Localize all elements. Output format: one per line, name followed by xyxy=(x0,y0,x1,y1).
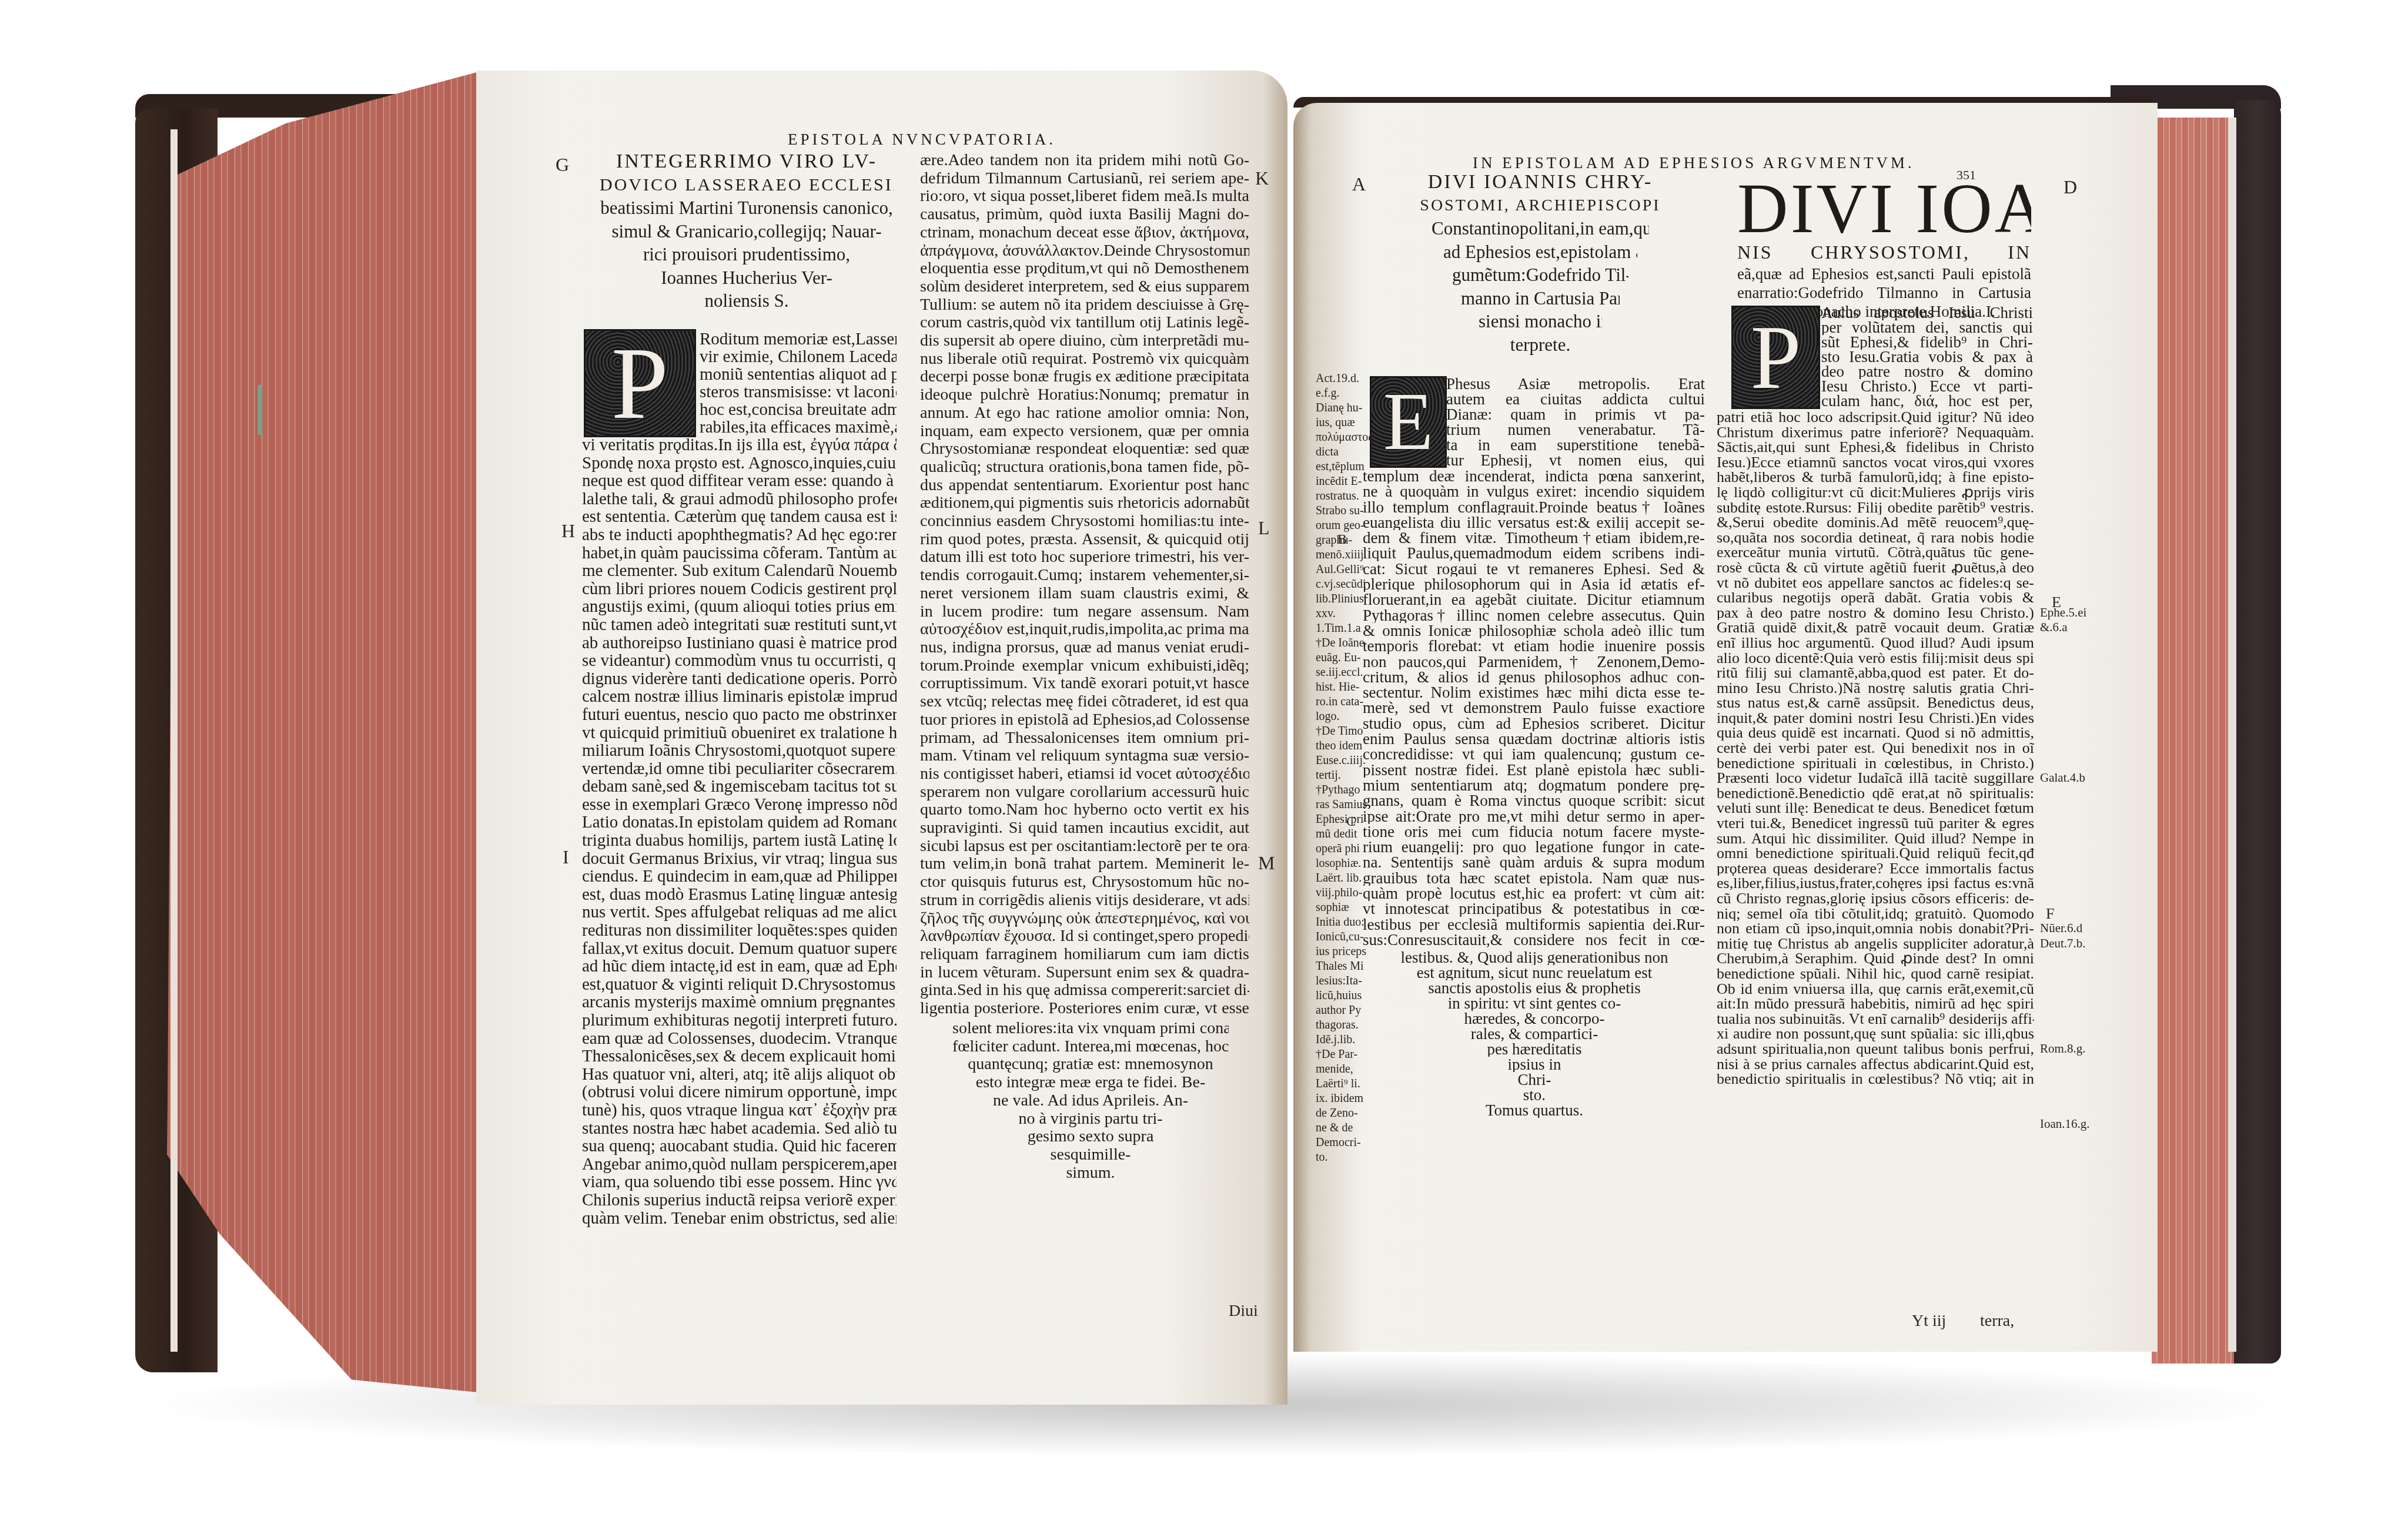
text-line: Spondę noxa prǫsto est. Agnosco,inquies,… xyxy=(582,454,897,473)
margin-note: euãg. Eu- xyxy=(1316,651,1363,665)
text-line: templum deæ incenderat, indicta pœna san… xyxy=(1363,468,1705,484)
margin-note: Ionicũ,cu- xyxy=(1316,930,1363,944)
text-line: miliarum Ioãnis Chrysostomi,quotquot sup… xyxy=(582,742,897,760)
homily-title-big: DIVI IOAN- xyxy=(1737,176,2031,241)
text-line: esse in exemplari Græco Veronę impresso … xyxy=(582,796,897,814)
text-line: rim quod potes, præsta. Assensit, & quic… xyxy=(920,531,1249,549)
margin-note: sophiæ xyxy=(1316,900,1363,915)
text-line: sex vtcũq; relectas meę fidei cõtraderet… xyxy=(920,693,1249,711)
signature-mark: Yt iij xyxy=(1912,1312,1946,1331)
margin-note: c.vj.secũdi xyxy=(1316,577,1363,592)
left-column-2-body: ære.Adeo tandem non ita pridem mihi notũ… xyxy=(920,152,1249,1018)
heading-line: INTEGERRIMO VIRO LV- xyxy=(600,150,894,173)
margin-note: Nũer.6.d xyxy=(2040,921,2082,936)
margin-note: πολύμαστος xyxy=(1316,430,1363,445)
text-line: no à virginis partu tri- xyxy=(952,1110,1229,1128)
text-line: cũ Christo regnas,glorię ipsius cõsors e… xyxy=(1717,891,2034,906)
text-line: temporis florebat: vt etiam hodie inueni… xyxy=(1363,638,1705,654)
text-line: vt innotescat principatibus & potestatib… xyxy=(1363,901,1705,916)
text-line: gesimo sexto supra xyxy=(952,1128,1229,1146)
margin-letter-d: D xyxy=(2063,176,2077,198)
margin-note: Ioan.16.g. xyxy=(2040,1117,2090,1131)
heading-line: gumẽtum:Godefrido Til- xyxy=(1452,263,1628,287)
left-column-2-closing: solent meliores:ita vix vnquam primi con… xyxy=(952,1020,1229,1182)
right-catchword: terra, xyxy=(1980,1312,2014,1331)
margin-note: tertij. xyxy=(1316,768,1363,783)
text-line: rosè cũcta & cũ virtute agẽtiũ fuerit ꝓu… xyxy=(1717,560,2034,575)
text-line: lę liqdò colligitur:vt cũ dicit:Mulieres… xyxy=(1717,485,2034,500)
text-line: es,liber,filius,iustus,frater,cohęres ip… xyxy=(1717,876,2034,891)
text-line: tum velim,in bonã trahat partem. Meminer… xyxy=(920,855,1249,873)
text-line: tualia nos subinuitãs. Vt enĩ carnalib⁹ … xyxy=(1717,1011,2034,1027)
text-line: &,Serui obedite dominis.Ad mẽtẽ reuocem⁹… xyxy=(1717,515,2034,530)
heading-line: manno in Cartusia Pari- xyxy=(1461,287,1620,310)
text-line: hæredes, & concorpo- xyxy=(1376,1011,1693,1026)
text-line: patri etiã hoc loco adscripsit.Quid igit… xyxy=(1717,410,2034,425)
text-line: est,quatuor & viginti reliquit D.Chrysos… xyxy=(582,976,897,994)
margin-note: est,tẽplum xyxy=(1316,460,1363,474)
text-line: studio opus, cùm ad Ephesios scriberet. … xyxy=(1363,716,1705,731)
text-line: æditionem,qui pigmentis suis rhetoricis … xyxy=(920,494,1249,512)
dedication-heading: INTEGERRIMO VIRO LV- DOVICO LASSERAEO EC… xyxy=(600,150,894,313)
text-line: ἀπράγμονα, ἀσυνάλλακτον.Deinde Chrysosto… xyxy=(920,242,1249,260)
heading-line: DOVICO LASSERAEO ECCLESIAE xyxy=(600,173,894,197)
text-line: fallax,vt exitus docuit. Demum quatuor s… xyxy=(582,940,897,958)
text-line: veluti sunt illę: Benedicat te deus. Ben… xyxy=(1717,800,2034,816)
margin-letter-m: M xyxy=(1258,852,1275,874)
text-line: annum. At ego hac ratione amolior omnia:… xyxy=(920,404,1249,423)
text-line: ritũ filij sui clamantẽ,abba,quod est pa… xyxy=(1717,665,2034,681)
heading-line: siensi monacho in- xyxy=(1479,310,1602,333)
margin-note: se.iij.eccl. xyxy=(1316,665,1363,680)
text-line: futuri euentus, nescio quo pacto me obst… xyxy=(582,706,897,724)
margin-letter-b: B xyxy=(1337,532,1347,548)
text-line: viam, qua soluendo tibi esse possem. Hin… xyxy=(582,1173,897,1191)
text-line: in spiritu: vt sint gentes co- xyxy=(1376,996,1693,1011)
text-line: sicubi lapsus est per oscitantiam:lector… xyxy=(920,837,1249,856)
text-line: quàm propè locutus est,hic ea profert: v… xyxy=(1363,886,1705,901)
text-line: hoc est,concisa breuitate admi- xyxy=(700,401,897,418)
text-line: dus appendat sententiarum. Exorientur po… xyxy=(920,477,1249,495)
text-line: (obtrusi volui dicere nimirum opportunè,… xyxy=(582,1083,897,1101)
text-line: fœliciter cadunt. Interea,mi mœcenas, ho… xyxy=(952,1038,1229,1056)
text-line: me clementer. Sub exitum Calendarũ Nouem… xyxy=(582,562,897,580)
heading-line: DIVI IOANNIS CHRY- xyxy=(1387,170,1693,194)
green-ribbon-marker xyxy=(257,385,262,435)
text-line: sto. xyxy=(1376,1087,1693,1103)
text-line: Chrysostomianæ respondeat eloquentiæ: se… xyxy=(920,440,1249,458)
margin-note: Idẽ.j.lib. xyxy=(1316,1033,1363,1047)
text-line: Latio donatas.In epistolam quidem ad Rom… xyxy=(582,813,897,832)
text-line: moniũ sententias aliquot ad po- xyxy=(700,366,897,383)
text-line: pes hæreditatis xyxy=(1376,1041,1693,1057)
text-line: exerceãtur munia virtutũ. Cõtrà,quãtus t… xyxy=(1717,545,2034,560)
text-line: Pythagoras† illinc nomen celebre assecut… xyxy=(1363,608,1705,623)
text-line: quàm velim. Tenebar enim obstrictus, sed… xyxy=(582,1210,897,1228)
text-line: Angebar animo,quòd nullam perspicerem,ap… xyxy=(582,1155,897,1174)
text-line: vertendæ,id omne tibi peculiariter cõsec… xyxy=(582,760,897,778)
text-line: merè, sed vt demonstrem Paulo fuisse exa… xyxy=(1363,700,1705,715)
text-line: in lucem vẽturam. Supersunt enim sex & q… xyxy=(920,964,1249,982)
margin-note: menide, xyxy=(1316,1062,1363,1077)
text-line: nũc tamen adeò integritati suæ restituti… xyxy=(582,616,897,634)
margin-note: incẽdit E- xyxy=(1316,474,1363,489)
text-line: Iesu.)Ecce etiamnũ sanctos vocat viros,q… xyxy=(1717,455,2034,470)
text-line: strum in corrigẽdis alienis vitijs desid… xyxy=(920,892,1249,910)
text-line: so,quãta nos socordia detineat, q̃ rara … xyxy=(1717,530,2034,545)
text-line: ad hũc diem intactę,id est in eam, quæ a… xyxy=(582,957,897,976)
text-line: gnans, quam è Roma vinctus quoque scribi… xyxy=(1363,793,1705,808)
margin-note: licũ,huius xyxy=(1316,989,1363,1003)
margin-note: lesius:Ita- xyxy=(1316,974,1363,989)
heading-line: terprete. xyxy=(1505,333,1576,357)
margin-letter-f: F xyxy=(2046,905,2054,923)
text-line: dis supersit ab opere diuino, cùm interp… xyxy=(920,332,1249,350)
text-line: liquit Paulus,quemadmodum eidem scribens… xyxy=(1363,545,1705,561)
text-line: sperarem non vulgare corollarium accessu… xyxy=(920,783,1249,802)
text-line: Præsenti loco videtur Iudaĩcã illã tacit… xyxy=(1717,770,2034,786)
text-line: pax à deo patre nostro & domino Iesu Chr… xyxy=(1717,605,2034,621)
text-line: euangelista diu illic versatus est:& exi… xyxy=(1363,515,1705,530)
decorated-initial-p: P xyxy=(584,329,696,437)
text-line: sus:Conresuscitauit,& considere nos feci… xyxy=(1363,932,1705,947)
text-line: Thessalonicẽses,sex & decem explicauit h… xyxy=(582,1047,897,1066)
text-line: vir eximie, Chilonem Lacedæ- xyxy=(700,348,897,366)
margin-note: menõ.xiiij. xyxy=(1316,548,1363,562)
text-line: lestibus per ecclesiã multiformis sapien… xyxy=(1363,917,1705,932)
text-line: nus, indigna prorsus, quæ ad manus venia… xyxy=(920,639,1249,657)
heading-line: eã,quæ ad Ephesios est,sancti Pauli epis… xyxy=(1737,264,2031,283)
text-line: mino Iesu Christo.)Nã nostrę salutis gra… xyxy=(1717,681,2034,696)
left-column-1-body: vi veritatis prǫditas.In ijs illa est, ἐ… xyxy=(582,436,897,1227)
text-line: se videantur) commodùm vnus tu occurrist… xyxy=(582,652,897,670)
text-line: ginta.Sed in his quę admissa compererit:… xyxy=(920,981,1249,1000)
text-line: tione oris mei cum fiducia notum facere … xyxy=(1363,824,1705,839)
text-line: niq; semel oĩa tibi cõtulit,idq; gratuit… xyxy=(1717,906,2034,922)
text-line: sanctis apostolis eius & prophetis xyxy=(1376,980,1693,996)
text-line: Chri- xyxy=(1376,1072,1693,1087)
text-line: rium euangelij: pro quo legatione fungor… xyxy=(1363,839,1705,855)
text-line: per volũtatem dei, sanctis qui xyxy=(1821,320,2033,335)
text-line: torum.Proinde exemplar vnicum exhibuisti… xyxy=(920,657,1249,675)
text-line: nus vertit. Spes affulgebat reliquas ad … xyxy=(582,903,897,922)
initial-text-block: Roditum memoriæ est,Lasseræe vir eximie,… xyxy=(700,330,897,436)
text-line: cùm libri priores nouem Codicis gestiren… xyxy=(582,580,897,598)
text-line: Aulus apostolus Iesu Christi xyxy=(1821,306,2033,320)
text-line: Gratiã quidẽ dixit,& patrẽ vocauit deum.… xyxy=(1717,620,2034,635)
text-line: omni benedictione spirituali.Quid reliqu… xyxy=(1717,846,2034,861)
text-line: ctrinam, monachum deceat esse ἄβιον, ἀκτ… xyxy=(920,224,1249,242)
text-line: stus natus est,& carnẽ assũpsit. Benedic… xyxy=(1717,695,2034,711)
text-line: supraviginti. Si quid tamen incautius ex… xyxy=(920,819,1249,837)
margin-letter-i: I xyxy=(563,846,569,868)
text-line: vt quicquid primitiuũ obueniret ex trala… xyxy=(582,724,897,742)
margin-note: e.f.g. xyxy=(1316,386,1363,401)
margin-note: author Py xyxy=(1316,1003,1363,1018)
margin-note: †De Ioãne xyxy=(1316,636,1363,651)
text-line: neque est quod diffitear veram esse: qua… xyxy=(582,472,897,490)
text-line: sũt Ephesi,& fidelib⁹ in Chri- xyxy=(1821,335,2033,350)
text-line: subditę estote.Rursus: Filij obedite par… xyxy=(1717,500,2034,515)
right-running-head: IN EPISTOLAM AD EPHESIOS ARGVMENTVM. xyxy=(1473,154,1915,172)
heading-line: Constantinopolitani,in eam,quę xyxy=(1432,217,1649,240)
text-line: Sãctis,ait,qui sunt Ephesi,& fidelibus i… xyxy=(1717,440,2034,455)
text-line: Dianæ: quam in primis vt pa- xyxy=(1446,407,1705,422)
text-line: floruerant,in ea agebãt ciuitate. Dicitu… xyxy=(1363,592,1705,607)
text-line: ære.Adeo tandem non ita pridem mihi notũ… xyxy=(920,152,1249,170)
text-line: in lucem prodire: tum negare assensum. N… xyxy=(920,603,1249,621)
text-line: na. Sententijs sanè quàm arduis & supra … xyxy=(1363,855,1705,870)
text-line: Roditum memoriæ est,Lasseræe xyxy=(700,330,897,348)
text-line: Iesu Christo.) Ecce vt parti- xyxy=(1821,379,2033,394)
margin-note: xxv. xyxy=(1316,607,1363,621)
text-line: Has quatuor vni, alteri, atq; itẽ alijs … xyxy=(582,1066,897,1084)
margin-note: Ephe.5.ei xyxy=(2040,605,2086,620)
text-line: rio:oro, vt siqua posset,liberet fidem m… xyxy=(920,187,1249,206)
right-column-1-body: templum deæ incenderat, indicta pœna san… xyxy=(1363,468,1705,947)
margin-note: Thales Mi xyxy=(1316,959,1363,974)
decorated-initial-p2: P xyxy=(1731,306,1820,409)
text-line: corum castris,quòd vix tantillum otij La… xyxy=(920,314,1249,332)
margin-note: dicta xyxy=(1316,445,1363,460)
margin-note: Laërt. lib. xyxy=(1316,871,1363,886)
text-line: calcem nostræ illius liminaris epistolæ … xyxy=(582,688,897,706)
heading-line: NIS CHRYSOSTOMI, IN xyxy=(1737,241,2031,264)
text-line: mitię tuę Christus ab angelis supplicite… xyxy=(1717,936,2034,952)
margin-letter-l: L xyxy=(1258,517,1270,539)
text-line: grauibus tota hæc scatet epistola. Nam q… xyxy=(1363,870,1705,886)
margin-note: †De Par- xyxy=(1316,1047,1363,1062)
text-line: inquit,& pater domini nostri Iesu Christ… xyxy=(1717,711,2034,726)
margin-note: losophiæ. xyxy=(1316,856,1363,871)
text-line: ζῆλος τῆς συγγνώμης οὐκ ἀπεστερημένος, κ… xyxy=(920,910,1249,928)
text-line: pissent nostræ fidei. Est planè epistola… xyxy=(1363,762,1705,778)
text-line: lalethe tali, & graui admodũ philosopho … xyxy=(582,490,897,508)
text-line: plurimum exhibituras negotij interpreti … xyxy=(582,1011,897,1030)
initial-text-block: Aulus apostolus Iesu Christi per volũtat… xyxy=(1821,306,2033,408)
margin-letter-k: K xyxy=(1255,167,1269,189)
text-line: ait:In mũdo pressurã habebitis, nimirũ a… xyxy=(1717,996,2034,1011)
text-line: neret versionem illam suam claustris exi… xyxy=(920,585,1249,603)
heading-line: Ioannes Hucherius Ver- xyxy=(600,266,894,290)
text-line: αὐτοσχέδιον est,inquit,rudis,impolita,ac… xyxy=(920,621,1249,639)
text-line: dem & finem vitæ. Timotheum†etiam ibidem… xyxy=(1363,530,1705,545)
text-line: nus liberale otiũ requirat. Postremò vix… xyxy=(920,350,1249,368)
text-line: λανθρωπίαν ἔχουσα. Id si continget,spero… xyxy=(920,927,1249,946)
margin-note: de Zeno- xyxy=(1316,1106,1363,1121)
text-line: tur Ephesij, vt nomen eius, qui xyxy=(1446,453,1705,468)
red-page-edges-right xyxy=(2152,118,2234,1364)
margin-note: hist. Hie- xyxy=(1316,680,1363,695)
text-line: stantes nostra hæc habet academia. Sed a… xyxy=(582,1120,897,1138)
text-line: Ob id enim vniuersa illa, quę carnis erã… xyxy=(1717,981,2034,997)
text-line: culam hanc, διά, hoc est per, xyxy=(1821,394,2033,408)
heading-line: rici prouisori prudentissimo, xyxy=(600,243,894,266)
text-line: Cherubim,à Seraphim. Quid ꝓinde dest? In… xyxy=(1717,951,2034,966)
text-line: sectentur. Nolim existimes hæc mihi dict… xyxy=(1363,685,1705,700)
text-line: ne vale. Ad idus Aprileis. An- xyxy=(952,1092,1229,1110)
text-line: Christum dixerimus patre inferiorẽ? Nequ… xyxy=(1717,425,2034,440)
text-line: sua quenq; auocabant studia. Quid hic fa… xyxy=(582,1137,897,1155)
text-line: ideoque pulchrè Horatius:Nonumq; prematu… xyxy=(920,386,1249,404)
text-line: ne à quoquàm in vulgus exiret: incendio … xyxy=(1363,484,1705,499)
text-line: redituras non dissimiliter loquẽtes:spes… xyxy=(582,922,897,940)
margin-note: Aul.Gelli⁹ xyxy=(1316,562,1363,577)
text-line: enim Paulus sensa quædam doctrinæ altior… xyxy=(1363,731,1705,746)
text-line: tuor priores in epistolã ad Ephesios,ad … xyxy=(920,711,1249,729)
text-line: ipsius in xyxy=(1376,1057,1693,1072)
margin-note: operã phi xyxy=(1316,842,1363,856)
text-line: tunè) his, quos vtraque lingua κατ᾽ ἐξοχ… xyxy=(582,1101,897,1120)
right-margin-notes-left: Act.19.d.e.f.g.Dianę hu-ius, quæπολύμαστ… xyxy=(1316,371,1363,1165)
text-line: tendis corrogauit.Cumq; instarem vehemen… xyxy=(920,567,1249,585)
decorated-initial-e: E xyxy=(1370,376,1447,468)
text-line: esto integræ meæ erga te fidei. Be- xyxy=(952,1074,1229,1092)
margin-note: ius, quæ xyxy=(1316,416,1363,430)
heading-line: noliensis S. xyxy=(600,289,894,313)
margin-note: †Pythago xyxy=(1316,783,1363,798)
text-line: triginta duabus homilijs, partem iustã L… xyxy=(582,832,897,850)
text-line: enĩ illius hoc argumentũ. Quod illud? Au… xyxy=(1717,635,2034,651)
text-line: xi audire non possunt,quę sunt spũalia: … xyxy=(1717,1026,2034,1041)
text-line: & omnis Ionicæ philosophiæ schola adeò i… xyxy=(1363,623,1705,638)
text-line: solùm desideret interpretem, sed & eius … xyxy=(920,278,1249,296)
text-line: non paucos,qui Parmenidem,† Zenonem,Demo… xyxy=(1363,654,1705,669)
text-line: datum illi est toto hoc superiore trimes… xyxy=(920,548,1249,567)
heading-line: ad Ephesios est,epistolam ar- xyxy=(1443,240,1637,264)
text-line: benedictio spiritualis in cœlestibus? Nõ… xyxy=(1717,1071,2034,1087)
left-running-head: EPISTOLA NVNCVPATORIA. xyxy=(788,130,1056,149)
text-line: benedictionẽ.Benedictio qdẽ erat,at nõ s… xyxy=(1717,786,2034,801)
text-line: vi veritatis prǫditas.In ijs illa est, ἐ… xyxy=(582,436,897,454)
margin-note: Euse.c.iiij. xyxy=(1316,753,1363,768)
text-line: quantęcunq; gratiæ est: mnemosynon xyxy=(952,1056,1229,1074)
red-page-edges-left xyxy=(154,71,483,1393)
text-line: deo patre nostro & domino xyxy=(1821,364,2033,379)
text-line: trium numen venerabatur. Tã- xyxy=(1446,422,1705,437)
homily-title: DIVI IOAN- NIS CHRYSOSTOMI, IN eã,quæ ad… xyxy=(1737,176,2031,321)
text-line: corruptissimum. Vix tandẽ exorari potuit… xyxy=(920,675,1249,693)
text-line: causatus, primùm, quòd iuxta Basilij Mag… xyxy=(920,206,1249,224)
endpaper-left xyxy=(170,129,178,1352)
margin-letter-c: C xyxy=(1346,814,1356,830)
text-line: mam. Vtinam vel reliquum syntagma suæ ve… xyxy=(920,747,1249,765)
text-line: simum. xyxy=(952,1164,1229,1182)
text-line: vt nõ dubitet eos appellare sanctos ac f… xyxy=(1717,575,2034,591)
text-line: prǫterea queas desiderare? Ecce immortal… xyxy=(1717,861,2034,876)
text-line: est agnitum, sicut nunc reuelatum est xyxy=(1376,965,1693,980)
text-line: mium sententiarum atq; dogmatum pondere … xyxy=(1363,778,1705,793)
photo-scene: EPISTOLA NVNCVPATORIA. G INTEGERRIMO VIR… xyxy=(0,0,2408,1531)
margin-note: 1.Tim.1.a xyxy=(1316,621,1363,636)
text-line: steros transmisisse: vt laconica, xyxy=(700,383,897,401)
text-line: Tomus quartus. xyxy=(1376,1103,1693,1118)
margin-note: Democri- xyxy=(1316,1135,1363,1150)
margin-note: ras Samius xyxy=(1316,798,1363,812)
text-line: arcanis mysterijs maximè omnium pręgnant… xyxy=(582,993,897,1011)
text-line: ab authoreipso Iustiniano quasi è matric… xyxy=(582,634,897,652)
text-line: plerique philosophorum qui in Asia id æt… xyxy=(1363,577,1705,592)
text-line: docuit Germanus Brixius, vir vtraq; ling… xyxy=(582,850,897,868)
text-line: cat: Sicut rogaui te vt remaneres Ephesi… xyxy=(1363,561,1705,577)
text-line: reliquam farraginem homiliarum cum iam d… xyxy=(920,946,1249,964)
margin-note: ro.in cata- xyxy=(1316,695,1363,709)
text-line: debam sanè,sed & ingemiscebam tacitus to… xyxy=(582,778,897,796)
text-line: habẽt,liberos & turbã famulorũ,idq; à fi… xyxy=(1717,470,2034,485)
text-line: Phesus Asiæ metropolis. Erat xyxy=(1446,376,1705,391)
margin-note: Strabo su- xyxy=(1316,504,1363,518)
margin-letter-h: H xyxy=(561,520,575,542)
text-line: nisi à se prius carnales affectus abdica… xyxy=(1717,1057,2034,1072)
text-line: alio loco dicentẽ:Quia verò estis filij:… xyxy=(1717,651,2034,666)
margin-note: Act.19.d. xyxy=(1316,371,1363,386)
margin-note: to. xyxy=(1316,1150,1363,1165)
text-line: critum, & alios id genus philosophos adh… xyxy=(1363,669,1705,685)
text-line: dignus viderère tanti dedicatione operis… xyxy=(582,670,897,688)
margin-note: ne & de xyxy=(1316,1121,1363,1135)
text-line: certè dei verbi pater est. Qui benedixit… xyxy=(1717,741,2034,756)
margin-note: theo idem xyxy=(1316,739,1363,753)
text-line: rabiles,ita efficaces maximè,atq; xyxy=(700,418,897,436)
margin-letter-g: G xyxy=(556,154,569,176)
margin-note: Deut.7.b. xyxy=(2040,936,2086,951)
text-line: illo templum conflagrauit.Proinde beatus… xyxy=(1363,500,1705,515)
text-line: quarto tomo.Nam hoc hyberno octo vertit … xyxy=(920,801,1249,819)
text-line: non etiam cũ ipso,inquit,omnia nobis don… xyxy=(1717,921,2034,936)
heading-line: enarratio:Godefrido Tilmanno in Cartusia xyxy=(1737,283,2031,302)
text-line: concredidisse: vt qui iam qualencunq; gu… xyxy=(1363,746,1705,762)
endpaper-right xyxy=(2228,118,2236,1352)
margin-note: Laërti⁹ li. xyxy=(1316,1077,1363,1091)
text-line: eam quæ ad Colossenses, duodecim. Vtranq… xyxy=(582,1030,897,1048)
text-line: habet,in quàm paucissima cõferam. Tantùm… xyxy=(582,544,897,562)
text-line: ctor quisquis futurus est, Chrysostomum … xyxy=(920,873,1249,892)
text-line: ipse ait:Orate pro me,vt mihi detur serm… xyxy=(1363,809,1705,824)
text-line: adsunt spiritualia,non queunt talibus bo… xyxy=(1717,1041,2034,1057)
text-line: defridum Tilmannum Cartusianũ, rei serie… xyxy=(920,170,1249,188)
margin-letter-a: A xyxy=(1352,173,1366,195)
text-line: sum. Atqui hìc dissimiliter. Quid illud?… xyxy=(1717,831,2034,846)
margin-note: Dianę hu- xyxy=(1316,401,1363,416)
text-line: autem ea ciuitas addicta cultui xyxy=(1446,391,1705,407)
margin-note: lib.Plinius xyxy=(1316,592,1363,607)
leather-cover-right xyxy=(2234,100,2281,1364)
text-line: est sententia. Cæterùm quę tandem causa … xyxy=(582,508,897,526)
margin-note: ius priceps xyxy=(1316,944,1363,959)
text-line: sesquimille- xyxy=(952,1146,1229,1164)
margin-note: †De Timo xyxy=(1316,724,1363,739)
text-line: primam, ad Thessalonicenses item omnium … xyxy=(920,729,1249,748)
text-line: benedictione spirituali in cœlestibus, i… xyxy=(1717,756,2034,771)
text-line: vteri tui.&, Benedicet ingressũ tuũ pari… xyxy=(1717,816,2034,831)
margin-note: viij.philo- xyxy=(1316,886,1363,900)
text-line: decerpi posse bonæ frugis ex æditione pr… xyxy=(920,368,1249,386)
text-line: angustijs eximi, (quum alioqui toties pr… xyxy=(582,598,897,616)
text-line: abs te inducti apophthegmatis? Ad hęc eg… xyxy=(582,526,897,544)
text-line: Tullium: se autem nõ ita pridem desciuis… xyxy=(920,296,1249,314)
heading-line: beatissimi Martini Turonensis canonico, xyxy=(600,196,894,220)
margin-note: logo. xyxy=(1316,709,1363,724)
margin-note: Rom.8.g. xyxy=(2040,1041,2086,1056)
text-line: concinnius easdem Chrysostomi homilias:t… xyxy=(920,512,1249,531)
initial-text-block: Phesus Asiæ metropolis. Erat autem ea ci… xyxy=(1446,376,1705,468)
margin-note: rostratus. xyxy=(1316,489,1363,504)
text-line: lestibus. &, Quod alijs generationibus n… xyxy=(1376,950,1693,965)
right-column-1-closing: lestibus. &, Quod alijs generationibus n… xyxy=(1376,950,1693,1118)
text-line: sto Iesu.Gratia vobis & pax à xyxy=(1821,350,2033,364)
margin-letter-e: E xyxy=(2052,594,2061,611)
margin-note: orum geo- xyxy=(1316,518,1363,533)
